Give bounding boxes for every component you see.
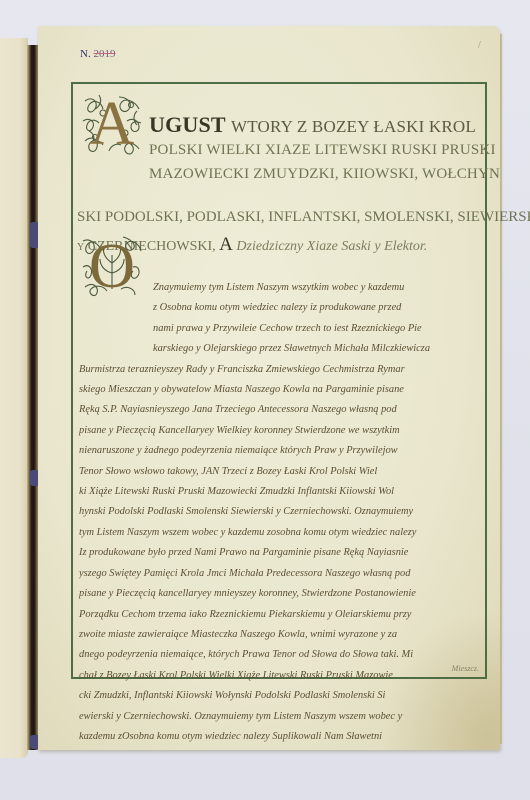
body-line: Tenor Słowo wsłowo takowy, JAN Trzeci z … (79, 462, 479, 482)
body-line: karskiego y Olejarskiego przez Sławetnyc… (79, 339, 479, 359)
body-line: Porządku Cechom trzema iako Rzeznickiemu… (79, 605, 479, 625)
title-line-3: MAZOWIECKI ZMUYDZKI, KIIOWSKI, WOŁCHYN (149, 162, 481, 186)
shelfmark-prefix: N. (80, 48, 91, 60)
body-line: dnego podeyrzenia niemaiące, których Pra… (79, 645, 479, 665)
body-line: skiego Mieszczan y obywatelow Miasta Nas… (79, 380, 479, 400)
body-line: chał z Bozey Łaski Krol Polski Wielki Xi… (79, 666, 479, 686)
body-line: hynski Podolski Podlaski Smolenski Siewi… (79, 502, 479, 522)
body-line: yszego Swiętey Pamięci Krola Jmci Michał… (79, 564, 479, 584)
body-line: ki Xiąże Litewski Ruski Pruski Mazowieck… (79, 482, 479, 502)
body-line: nami prawa y Przywileie Cechow trzech to… (79, 319, 479, 339)
body-line: Znaymuiemy tym Listem Naszym wszytkim wo… (79, 278, 479, 298)
body-line: pisane y Pieczęcią Kancellaryey Wielkiey… (79, 421, 479, 441)
initial-letter-a: A (90, 93, 135, 155)
body-line: ewierski y Czerniechowski. Oznaymuiemy t… (79, 707, 479, 727)
body-line: nienaruszone y żadnego podeyrzenia niema… (79, 441, 479, 461)
text-frame: A UGUST WTORY Z BOZEY ŁASKI KROL POLSKI … (71, 82, 487, 679)
shelfmark: N. 2019 (80, 48, 115, 60)
title-line-1-rest: WTORY Z BOZEY ŁASKI KROL (231, 117, 476, 136)
royal-title-heading: UGUST WTORY Z BOZEY ŁASKI KROL POLSKI WI… (149, 112, 481, 186)
title-line-2: POLSKI WIELKI XIAZE LITEWSKI RUSKI PRUSK… (149, 138, 481, 162)
previous-page-leaf (0, 38, 28, 758)
title-line-1: UGUST WTORY Z BOZEY ŁASKI KROL (149, 112, 481, 138)
body-line: kazdemu zOsobna komu otym wiedziec nalez… (79, 727, 479, 747)
body-line: tym Listem Naszym wszem wobec y kazdemu … (79, 523, 479, 543)
title-august: UGUST (149, 112, 226, 137)
body-line: zwoite miaste zawieraiące Miasteczka Nas… (79, 625, 479, 645)
body-line: Iz produkowane było przed Nami Prawo na … (79, 543, 479, 563)
body-line: Ręką S.P. Nayiasnieyszego Jana Trzeciego… (79, 400, 479, 420)
decorated-initial-a: A (79, 91, 145, 157)
catchword: Mieszcz. (452, 664, 479, 673)
charter-body-text: Znaymuiemy tym Listem Naszym wszytkim wo… (79, 244, 479, 747)
manuscript-page: N. 2019 / A UGUST WTOR (38, 26, 500, 750)
body-line: Burmistrza teraznieyszey Rady y Francisz… (79, 360, 479, 380)
shelfmark-number: 2019 (93, 48, 115, 60)
body-line: z Osobna komu otym wiedziec nalezy iz pr… (79, 298, 479, 318)
title-line-4: SKI PODOLSKI, PODLASKI, INFLANTSKI, SMOL… (77, 209, 481, 226)
body-line: pisane y Pieczęcią kancellaryey mnieysze… (79, 584, 479, 604)
pencil-tick: / (478, 40, 481, 51)
body-line: cki Zmudzki, Inflantski Kiiowski Wołynsk… (79, 686, 479, 706)
